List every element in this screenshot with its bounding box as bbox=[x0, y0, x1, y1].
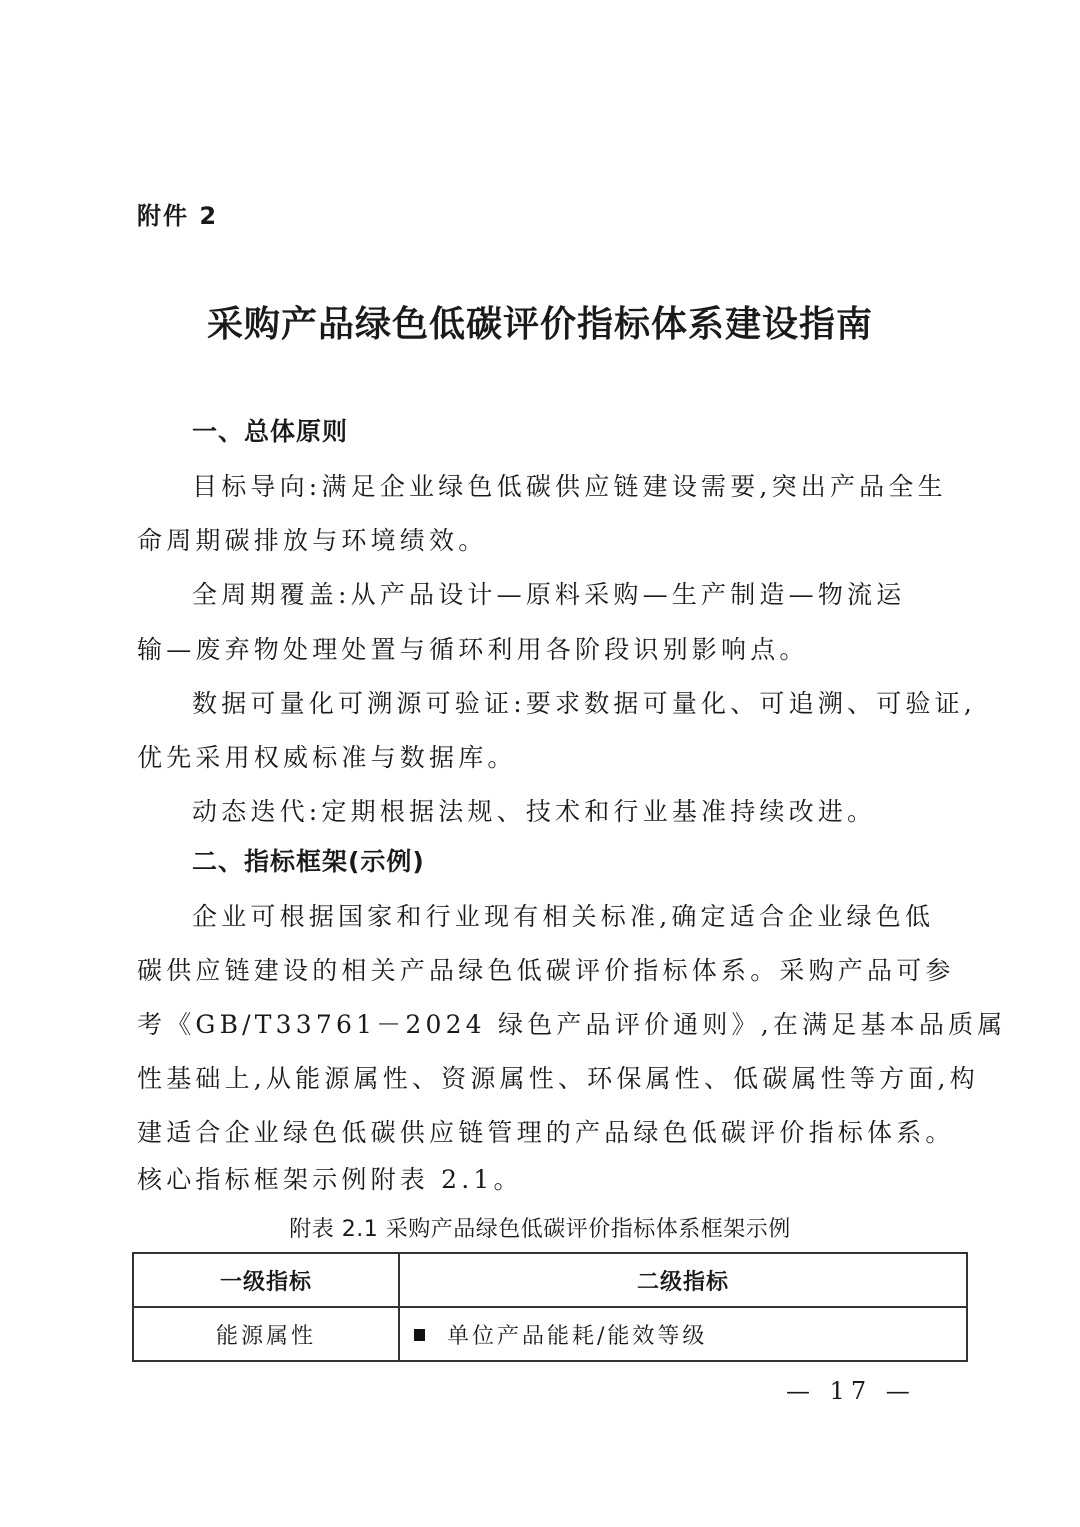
indicator-framework-table: 一级指标 二级指标 能源属性 单位产品能耗/能效等级 bbox=[132, 1252, 968, 1362]
paragraph-line: 建适合企业绿色低碳供应链管理的产品绿色低碳评价指标体系。 bbox=[137, 1113, 955, 1149]
paragraph-line: 核心指标框架示例附表 2.1。 bbox=[137, 1160, 523, 1196]
paragraph-line: 考《GB/T33761－2024 绿色产品评价通则》,在满足基本品质属 bbox=[137, 1005, 1007, 1041]
paragraph-line: 动态迭代:定期根据法规、技术和行业基准持续改进。 bbox=[192, 792, 876, 828]
attachment-label: 附件 2 bbox=[137, 196, 218, 231]
table-caption: 附表 2.1 采购产品绿色低碳评价指标体系框架示例 bbox=[0, 1212, 1080, 1243]
section-1-heading: 一、总体原则 bbox=[192, 412, 348, 448]
column-header-level2: 二级指标 bbox=[399, 1253, 967, 1307]
paragraph-line: 优先采用权威标准与数据库。 bbox=[137, 738, 517, 774]
page-number: — 17 — bbox=[786, 1377, 916, 1405]
table-header-row: 一级指标 二级指标 bbox=[133, 1253, 967, 1307]
column-header-level1: 一级指标 bbox=[133, 1253, 399, 1307]
paragraph-line: 输—废弃物处理处置与循环利用各阶段识别影响点。 bbox=[137, 630, 809, 666]
level1-indicator-cell: 能源属性 bbox=[133, 1307, 399, 1361]
level2-indicator-text: 单位产品能耗/能效等级 bbox=[447, 1324, 707, 1349]
document-title: 采购产品绿色低碳评价指标体系建设指南 bbox=[0, 296, 1080, 347]
paragraph-line: 性基础上,从能源属性、资源属性、环保属性、低碳属性等方面,构 bbox=[137, 1059, 979, 1095]
paragraph-line: 企业可根据国家和行业现有相关标准,确定适合企业绿色低 bbox=[192, 897, 934, 933]
paragraph-line: 目标导向:满足企业绿色低碳供应链建设需要,突出产品全生 bbox=[192, 467, 947, 503]
table-row: 能源属性 单位产品能耗/能效等级 bbox=[133, 1307, 967, 1361]
paragraph-line: 碳供应链建设的相关产品绿色低碳评价指标体系。采购产品可参 bbox=[137, 951, 955, 987]
paragraph-line: 数据可量化可溯源可验证:要求数据可量化、可追溯、可验证, bbox=[192, 684, 976, 720]
paragraph-line: 全周期覆盖:从产品设计—原料采购—生产制造—物流运 bbox=[192, 575, 905, 611]
section-2-heading: 二、指标框架(示例) bbox=[192, 842, 425, 878]
black-square-bullet-icon bbox=[414, 1329, 425, 1341]
paragraph-line: 命周期碳排放与环境绩效。 bbox=[137, 521, 487, 557]
level2-indicator-cell: 单位产品能耗/能效等级 bbox=[399, 1307, 967, 1361]
